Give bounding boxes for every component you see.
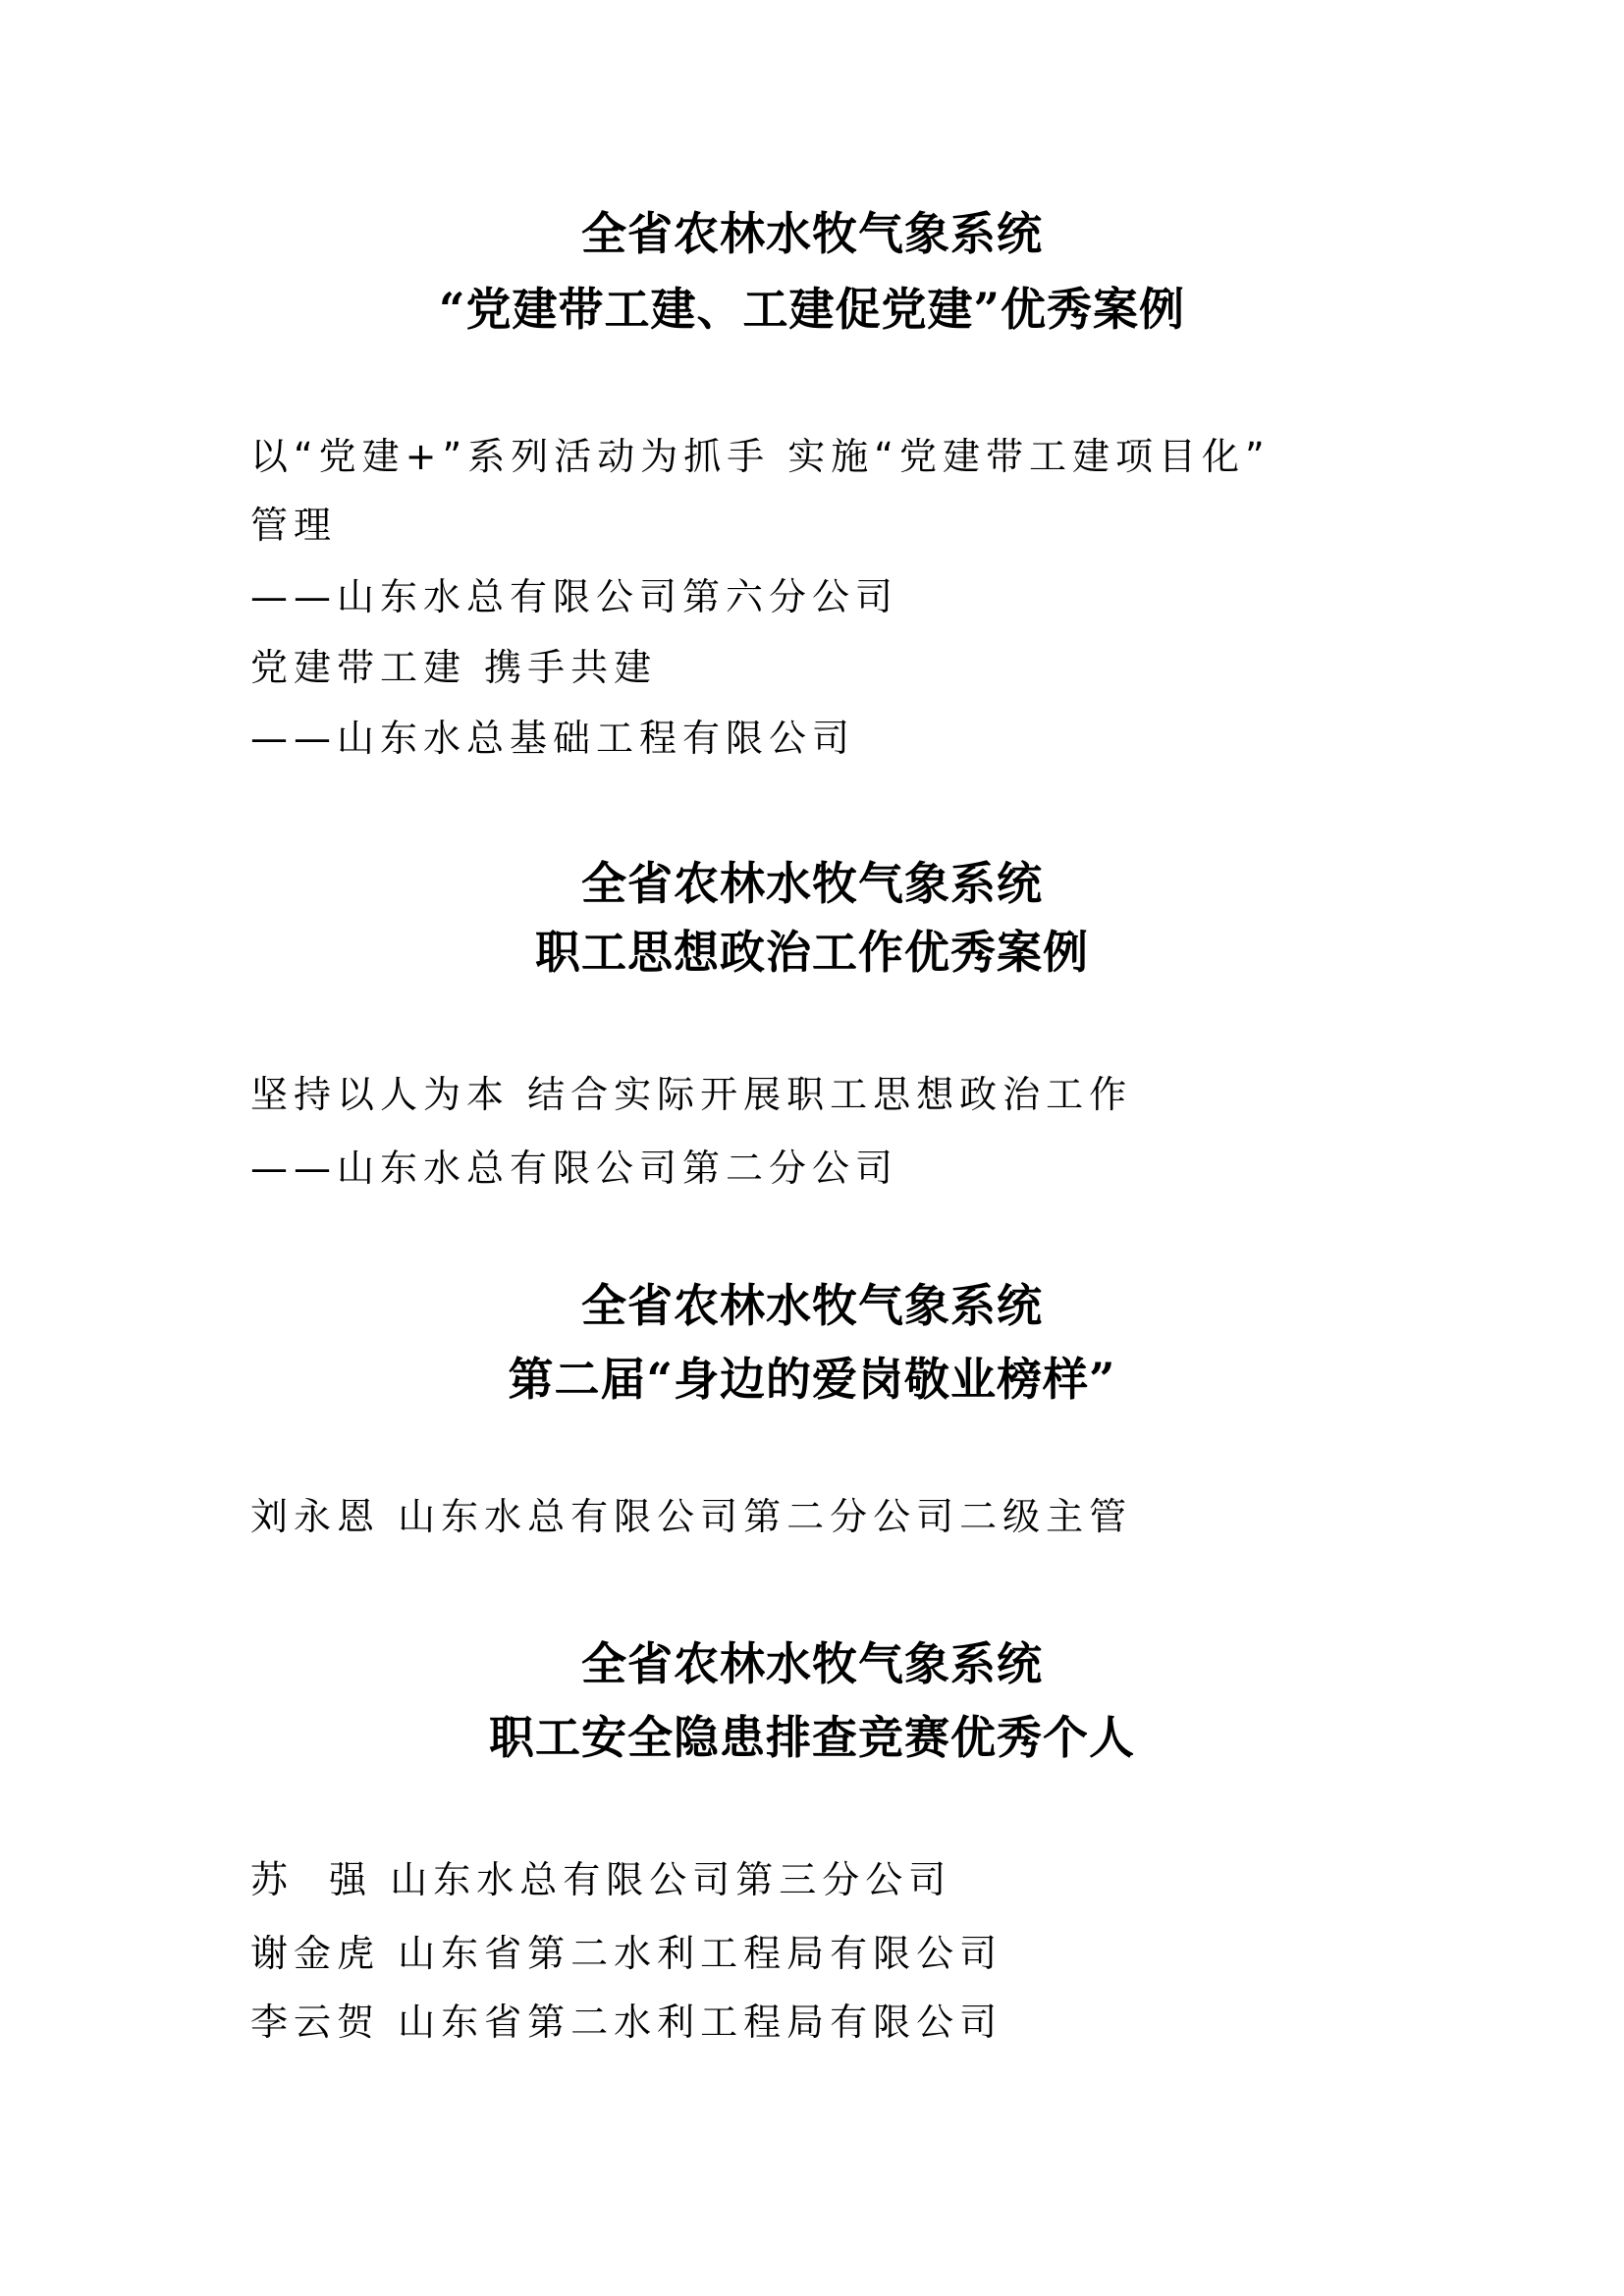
awardee-entry: 刘永恩 山东水总有限公司第二分公司二级主管 [250,1493,1132,1540]
case-title: 坚持以人为本 结合实际开展职工思想政治工作 [250,1071,1132,1118]
section-title-line2: 职工安全隐患排查竞赛优秀个人 [0,1710,1624,1765]
section-title-line2: 职工思想政治工作优秀案例 [0,925,1624,980]
awardee-entry: 苏 强 山东水总有限公司第三分公司 [250,1856,951,1903]
awardee-entry: 李云贺 山东省第二水利工程局有限公司 [250,1999,1002,2046]
case-organization: ——山东水总有限公司第二分公司 [250,1145,898,1192]
case-title: 以“党建+”系列活动为抓手 实施“党建带工建项目化” [250,433,1271,480]
awardee-entry: 谢金虎 山东省第二水利工程局有限公司 [250,1930,1002,1977]
section-title-line2: “党建带工建、工建促党建”优秀案例 [0,282,1624,337]
case-organization: ——山东水总基础工程有限公司 [250,715,855,762]
case-organization: ——山东水总有限公司第六分公司 [250,573,898,620]
case-title: 党建带工建 携手共建 [250,644,657,691]
case-title-continued: 管理 [250,502,337,549]
section-title-line1: 全省农林水牧气象系统 [0,206,1624,261]
section-title-line1: 全省农林水牧气象系统 [0,1636,1624,1691]
section-title-line1: 全省农林水牧气象系统 [0,1278,1624,1333]
section-title-line1: 全省农林水牧气象系统 [0,856,1624,911]
section-title-line2: 第二届“身边的爱岗敬业榜样” [0,1352,1624,1407]
